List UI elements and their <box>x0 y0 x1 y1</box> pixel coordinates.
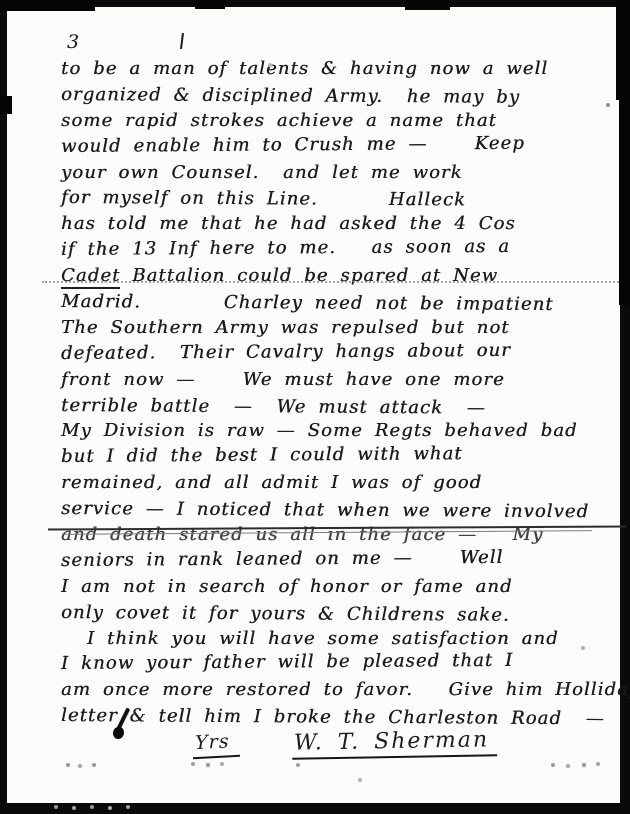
handwriting-line: to be a man of talents & having now a we… <box>61 56 617 82</box>
handwriting-line: am once more restored to favor. Give him… <box>61 677 617 703</box>
signature-row: YrsW. T. Sherman <box>61 729 617 755</box>
handwriting-line: Madrid. Charley need not be impatient <box>61 289 617 318</box>
page-number: 3 <box>67 31 79 53</box>
scan-border-edge <box>619 100 630 305</box>
handwriting-line: would enable him to Crush me — Keep <box>61 130 617 160</box>
handwriting-line: but I did the best I could with what <box>61 440 617 470</box>
handwriting-line: organized & disciplined Army. he may by <box>61 82 617 111</box>
handwriting-line-with-underline: Cadet Battalion could be spared at New <box>61 263 617 289</box>
signature-name: W. T. Sherman <box>291 727 497 759</box>
scan-border-edge <box>616 0 630 100</box>
underlined-word: Cadet <box>61 265 120 289</box>
handwritten-body: to be a man of talents & having now a we… <box>61 56 617 755</box>
letter-page: 3 to be a man of talents & having now a … <box>7 7 620 803</box>
stray-pen-tick-mark <box>180 33 184 49</box>
signature-closing: Yrs <box>193 729 240 759</box>
scan-border-edge <box>0 96 12 114</box>
handwriting-line: only covet it for yours & Childrens sake… <box>61 600 617 629</box>
handwriting-line: seniors in rank leaned on me — Well <box>61 544 617 574</box>
handwriting-line: remained, and all admit I was of good <box>61 470 617 496</box>
handwriting-line: terrible battle — We must attack — <box>61 393 617 422</box>
handwriting-line: service — I noticed that when we were in… <box>61 496 617 525</box>
scan-border-edge <box>0 0 95 11</box>
handwriting-line: I know your father will be pleased that … <box>61 648 617 678</box>
scan-border-edge <box>195 0 225 9</box>
scan-border-edge <box>405 0 450 10</box>
handwriting-line: for myself on this Line. Halleck <box>61 185 617 214</box>
handwriting-line: letter & tell him I broke the Charleston… <box>61 703 617 732</box>
handwriting-line: if the 13 Inf here to me. as soon as a <box>61 233 617 263</box>
scanned-letter-image: 3 to be a man of talents & having now a … <box>0 0 630 814</box>
scan-streak-artifact <box>42 281 626 283</box>
handwriting-line: defeated. Their Cavalry hangs about our <box>61 337 617 367</box>
handwriting-line: your own Counsel. and let me work <box>61 160 617 186</box>
handwriting-line: front now — We must have one more <box>61 367 617 393</box>
handwriting-line: I am not in search of honor or fame and <box>61 574 617 600</box>
